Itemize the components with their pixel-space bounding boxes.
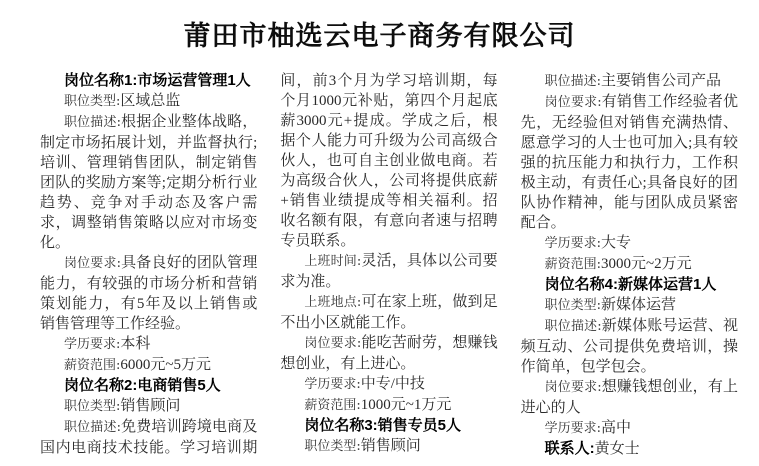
field-label: 学历要求: (64, 337, 120, 352)
heading-text: 岗位名称3:销售专员5人 (304, 417, 461, 434)
page-title: 莆田市柚选云电子商务有限公司 (0, 0, 759, 52)
field-label: 学历要求: (545, 421, 601, 436)
field-label: 上班时间: (304, 254, 361, 269)
field-label: 上班地点: (304, 295, 361, 310)
field-value: 3000元~2万元 (601, 256, 692, 272)
field-label: 岗位要求: (304, 336, 361, 351)
field-label: 联系人: (545, 440, 595, 457)
field-label: 职位描述: (545, 319, 602, 334)
field-value: 6000元~5万元 (120, 357, 211, 373)
field-label: 学历要求: (545, 236, 601, 251)
field-line: 职位类型:销售顾问 (280, 436, 497, 457)
job-heading: 岗位名称4:新媒体运营1人 (521, 275, 738, 295)
field-label: 职位描述: (64, 115, 121, 130)
field-line: 职位类型:区域总监 (40, 91, 257, 112)
field-label: 职位类型: (64, 399, 120, 414)
field-label: 薪资范围: (64, 358, 120, 373)
field-line: 学历要求:中专/中技 (280, 374, 497, 395)
field-label: 职位类型: (64, 94, 120, 109)
field-value: 中专/中技 (361, 376, 425, 392)
field-value: 新媒体运营 (601, 297, 676, 313)
field-line: 职位描述:主要销售公司产品 (521, 71, 738, 92)
field-label: 职位类型: (304, 439, 360, 454)
field-value: 1000元~1万元 (361, 397, 452, 413)
contact-line: 联系人:黄女士 (521, 439, 738, 459)
document-page: 莆田市柚选云电子商务有限公司 岗位名称1:市场运营管理1人职位类型:区域总监职位… (0, 0, 759, 466)
field-line: 岗位要求:具备良好的团队管理能力，有较强的市场分析和营销策划能力，有5年及以上销… (40, 253, 257, 334)
job-heading: 岗位名称1:市场运营管理1人 (40, 71, 257, 91)
field-label: 职位描述: (64, 420, 121, 435)
field-value: 高中 (601, 420, 631, 436)
field-label: 岗位要求: (545, 95, 602, 110)
field-value: 销售顾问 (361, 438, 421, 454)
field-value: 销售顾问 (120, 398, 180, 414)
job-heading: 岗位名称3:销售专员5人 (280, 416, 497, 436)
field-line: 学历要求:高中 (521, 418, 738, 439)
field-line: 薪资范围:3000元~2万元 (521, 254, 738, 275)
field-label: 职位描述: (545, 74, 601, 89)
field-value: 黄女士 (595, 441, 640, 457)
field-line: 上班时间:灵活，具体以公司要求为准。 (280, 251, 497, 292)
heading-text: 岗位名称4:新媒体运营1人 (545, 276, 717, 293)
field-line: 岗位要求:有销售工作经验者优先，无经验但对销售充满热情、愿意学习的人士也可加入;… (521, 92, 738, 233)
field-label: 岗位要求: (64, 256, 121, 271)
field-line: 职位类型:销售顾问 (40, 396, 257, 417)
field-label: 薪资范围: (304, 398, 360, 413)
field-line: 岗位要求:想赚钱想创业，有上进心的人 (521, 377, 738, 418)
heading-text: 岗位名称2:电商销售5人 (64, 377, 221, 394)
field-value: 主要销售公司产品 (601, 73, 721, 89)
field-line: 学历要求:大专 (521, 233, 738, 254)
field-label: 薪资范围: (545, 257, 601, 272)
heading-text: 岗位名称1:市场运营管理1人 (64, 72, 251, 89)
field-value: 有销售工作经验者优先，无经验但对销售充满热情、愿意学习的人士也可加入;具有较强的… (521, 94, 738, 231)
field-label: 学历要求: (304, 377, 360, 392)
field-value: 根据企业整体战略，制定市场拓展计划，并监督执行;培训、管理销售团队，制定销售团队… (40, 114, 257, 251)
field-line: 学历要求:本科 (40, 334, 257, 355)
field-line: 上班地点:可在家上班，做到足不出小区就能工作。 (280, 292, 497, 333)
field-line: 职位描述:新媒体账号运营、视频互动、公司提供免费培训，操作简单，包学包会。 (521, 316, 738, 377)
field-line: 薪资范围:1000元~1万元 (280, 395, 497, 416)
field-label: 职位类型: (545, 298, 601, 313)
job-listings: 岗位名称1:市场运营管理1人职位类型:区域总监职位描述:根据企业整体战略，制定市… (40, 71, 738, 461)
field-value: 本科 (120, 336, 150, 352)
job-heading: 岗位名称2:电商销售5人 (40, 376, 257, 396)
field-line: 岗位要求:能吃苦耐劳，想赚钱想创业，有上进心。 (280, 333, 497, 374)
field-line: 薪资范围:6000元~5万元 (40, 355, 257, 376)
field-label: 岗位要求: (545, 380, 602, 395)
field-line: 职位类型:新媒体运营 (521, 295, 738, 316)
field-value: 区域总监 (120, 93, 180, 109)
field-line: 职位描述:根据企业整体战略，制定市场拓展计划，并监督执行;培训、管理销售团队，制… (40, 112, 257, 253)
field-value: 大专 (601, 235, 631, 251)
